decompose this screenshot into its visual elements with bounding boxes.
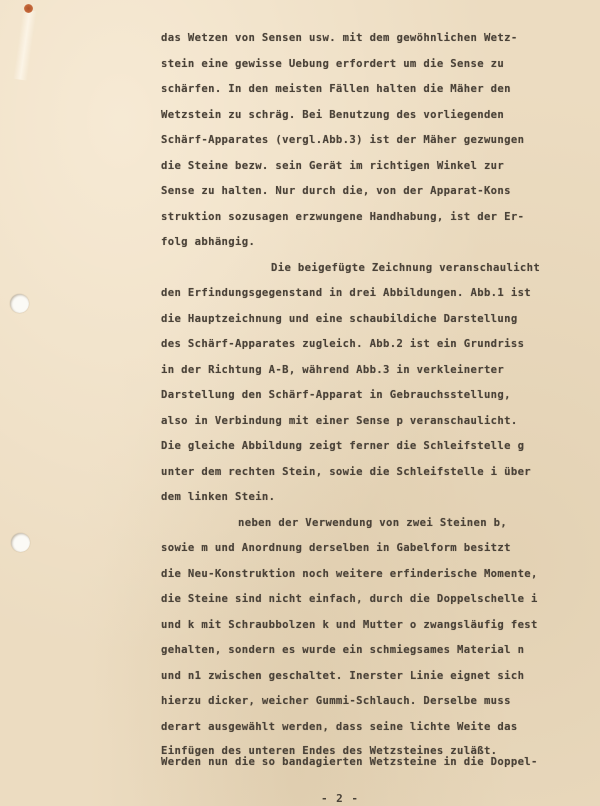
paragraph-start-line: Die beigefügte Zeichnung veranschaulicht xyxy=(271,260,540,276)
document-page: das Wetzen von Sensen usw. mit dem gewöh… xyxy=(0,0,600,806)
text-line: den Erfindungsgegenstand in drei Abbildu… xyxy=(161,285,531,301)
paragraph-start-line: neben der Verwendung von zwei Steinen b, xyxy=(238,515,507,531)
text-line: schärfen. In den meisten Fällen halten d… xyxy=(161,81,511,97)
text-line: derart ausgewählt werden, dass seine lic… xyxy=(161,719,518,735)
text-line: Darstellung den Schärf-Apparat in Gebrau… xyxy=(161,387,511,403)
text-line: die Hauptzeichnung und eine schaubildich… xyxy=(161,311,518,327)
text-line: also in Verbindung mit einer Sense p ver… xyxy=(161,413,518,429)
text-line: die Steine sind nicht einfach, durch die… xyxy=(161,591,538,607)
text-line: Die gleiche Abbildung zeigt ferner die S… xyxy=(161,438,524,454)
paper-crease xyxy=(13,9,37,80)
text-line: die Neu-Konstruktion noch weitere erfind… xyxy=(161,566,538,582)
text-line: Schärf-Apparates (vergl.Abb.3) ist der M… xyxy=(161,132,524,148)
text-line: in der Richtung A-B, während Abb.3 in ve… xyxy=(161,362,504,378)
page-number: - 2 - xyxy=(0,792,600,805)
text-line: Wetzstein zu schräg. Bei Benutzung des v… xyxy=(161,107,504,123)
text-line: gehalten, sondern es wurde ein schmiegsa… xyxy=(161,642,524,658)
text-line: und k mit Schraubbolzen k und Mutter o z… xyxy=(161,617,538,633)
text-line: unter dem rechten Stein, sowie die Schle… xyxy=(161,464,531,480)
text-line: struktion sozusagen erzwungene Handhabun… xyxy=(161,209,524,225)
punch-hole-top xyxy=(10,294,29,313)
text-line: folg abhängig. xyxy=(161,234,255,250)
text-line: dem linken Stein. xyxy=(161,489,275,505)
rust-stain xyxy=(24,4,33,13)
punch-hole-bottom xyxy=(11,533,30,552)
text-line: des Schärf-Apparates zugleich. Abb.2 ist… xyxy=(161,336,524,352)
text-line-overtyped: Werden nun die so bandagierten Wetzstein… xyxy=(161,754,538,770)
text-line: und n1 zwischen geschaltet. Inerster Lin… xyxy=(161,668,524,684)
text-line: hierzu dicker, weicher Gummi-Schlauch. D… xyxy=(161,693,511,709)
text-line: die Steine bezw. sein Gerät im richtigen… xyxy=(161,158,504,174)
text-line: sowie m und Anordnung derselben in Gabel… xyxy=(161,540,511,556)
text-line: das Wetzen von Sensen usw. mit dem gewöh… xyxy=(161,30,518,46)
text-line: stein eine gewisse Uebung erfordert um d… xyxy=(161,56,504,72)
typewritten-text: das Wetzen von Sensen usw. mit dem gewöh… xyxy=(161,0,600,408)
text-line: Sense zu halten. Nur durch die, von der … xyxy=(161,183,511,199)
